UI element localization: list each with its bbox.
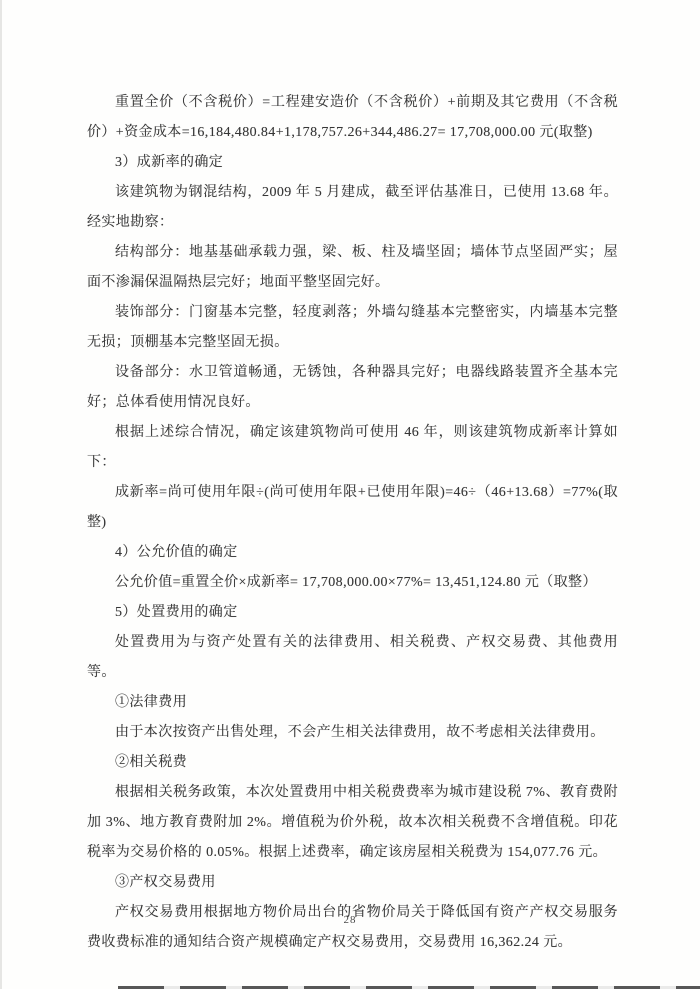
paragraph: ③产权交易费用 xyxy=(87,868,618,898)
paragraph: 装饰部分：门窗基本完整，轻度剥落；外墙勾缝基本完整密实，内墙基本完整无损；顶棚基… xyxy=(87,298,618,358)
paragraph: 重置全价（不含税价）=工程建安造价（不含税价）+前期及其它费用（不含税价）+资金… xyxy=(87,88,618,148)
paragraph: 由于本次按资产出售处理，不会产生相关法律费用，故不考虑相关法律费用。 xyxy=(87,718,618,748)
paragraph: 该建筑物为钢混结构，2009 年 5 月建成，截至评估基准日，已使用 13.68… xyxy=(87,178,618,238)
paragraph: 设备部分：水卫管道畅通，无锈蚀，各种器具完好；电器线路装置齐全基本完好；总体看使… xyxy=(87,358,618,418)
paragraph: ②相关税费 xyxy=(87,748,618,778)
paragraph: 3）成新率的确定 xyxy=(87,148,618,178)
page-number: 28 xyxy=(0,914,700,926)
document-body: 重置全价（不含税价）=工程建安造价（不含税价）+前期及其它费用（不含税价）+资金… xyxy=(87,88,618,958)
paragraph: 5）处置费用的确定 xyxy=(87,598,618,628)
paragraph: 根据相关税务政策，本次处置费用中相关税费费率为城市建设税 7%、教育费附加 3%… xyxy=(87,778,618,868)
paragraph: 成新率=尚可使用年限÷(尚可使用年限+已使用年限)=46÷（46+13.68）=… xyxy=(87,478,618,538)
paragraph: 产权交易费用根据地方物价局出台的省物价局关于降低国有资产产权交易服务费收费标准的… xyxy=(87,898,618,958)
paragraph: 根据上述综合情况，确定该建筑物尚可使用 46 年，则该建筑物成新率计算如下： xyxy=(87,418,618,478)
paragraph: 结构部分：地基基础承载力强，梁、板、柱及墙坚固；墙体节点坚固严实；屋面不渗漏保温… xyxy=(87,238,618,298)
scan-left-edge xyxy=(0,0,2,989)
paragraph: 处置费用为与资产处置有关的法律费用、相关税费、产权交易费、其他费用等。 xyxy=(87,628,618,688)
paragraph: 4）公允价值的确定 xyxy=(87,538,618,568)
paragraph: ①法律费用 xyxy=(87,688,618,718)
document-page: 重置全价（不含税价）=工程建安造价（不含税价）+前期及其它费用（不含税价）+资金… xyxy=(0,0,700,989)
paragraph: 公允价值=重置全价×成新率= 17,708,000.00×77%= 13,451… xyxy=(87,568,618,598)
